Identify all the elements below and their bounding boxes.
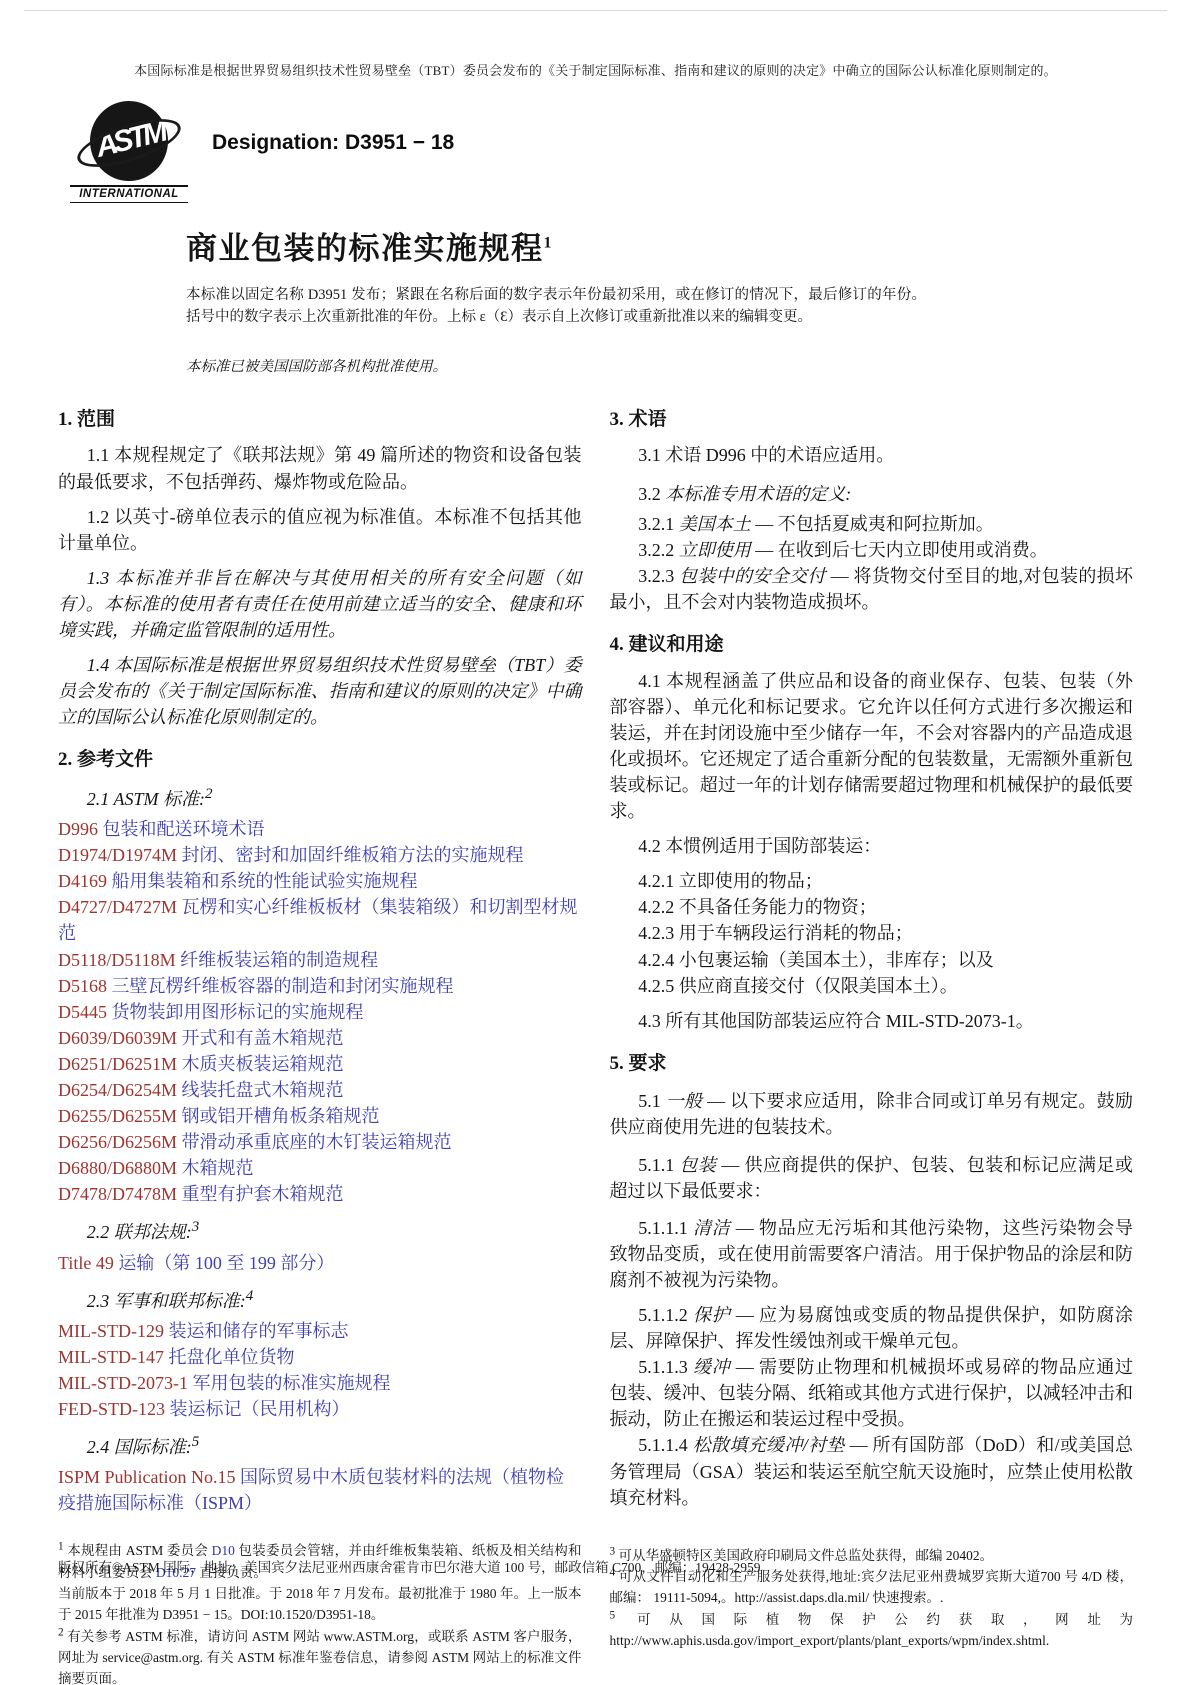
requirement-item: 5.1.1.1 清洁 — 物品应无污垢和其他污染物，这些污染物会导致物品变质，或… — [610, 1215, 1134, 1293]
reference-code-link[interactable]: ISPM Publication No.15 — [58, 1467, 236, 1487]
requirement-item: 5.1.1.4 松散填充缓冲/衬垫 — 所有国防部（DoD）和/或美国总务管理局… — [610, 1432, 1134, 1510]
reference-item: D4169 船用集装箱和系统的性能试验实施规程 — [58, 868, 582, 894]
intro-note: 本标准以固定名称 D3951 发布；紧跟在名称后面的数字表示年份最初采用，或在修… — [186, 284, 926, 329]
list-item: 4.2.2 不具备任务能力的物资； — [610, 894, 1134, 920]
reference-item: D5168 三壁瓦楞纤维板容器的制造和封闭实施规程 — [58, 973, 582, 999]
reference-title: 装运和储存的军事标志 — [169, 1321, 349, 1341]
para-1-2: 1.2 以英寸-磅单位表示的值应视为标准值。本标准不包括其他计量单位。 — [58, 504, 582, 556]
defined-term: 立即使用 — [679, 540, 751, 560]
list-item: 4.2.4 小包裹运输（美国本土），非库存；以及 — [610, 947, 1134, 973]
reference-item: D5118/D5118M 纤维板装运箱的制造规程 — [58, 947, 582, 973]
footnote-2-marker: 2 — [58, 1626, 64, 1638]
copyright-line: 版权所有©ASTM 国际，地址：美国宾夕法尼亚州西康舍霍肯市巴尔港大道 100 … — [58, 1556, 761, 1576]
reference-code-link[interactable]: MIL-STD-147 — [58, 1347, 164, 1367]
astm-globe-icon: ASTM — [81, 99, 177, 185]
reference-title: 装运标记（民用机构） — [170, 1399, 350, 1419]
requirement-term: 松散填充缓冲/衬垫 — [693, 1435, 845, 1455]
federal-reference-list: Title 49 运输（第 100 至 199 部分） — [58, 1250, 582, 1276]
reference-item: D6254/D6254M 线装托盘式木箱规范 — [58, 1077, 582, 1103]
reference-item: D5445 货物装卸用图形标记的实施规程 — [58, 999, 582, 1025]
title-footnote-marker: 1 — [544, 235, 554, 252]
reference-item: MIL-STD-147 托盘化单位货物 — [58, 1344, 582, 1370]
reference-title: 军用包装的标准实施规程 — [192, 1373, 390, 1393]
reference-code-link[interactable]: MIL-STD-2073-1 — [58, 1373, 188, 1393]
reference-item: MIL-STD-2073-1 军用包装的标准实施规程 — [58, 1370, 582, 1396]
list-item: 4.2.3 用于车辆段运行消耗的物品； — [610, 920, 1134, 946]
subsection-2-4-heading: 2.4 国际标准:5 — [58, 1434, 582, 1460]
reference-title: 钢或铝开槽角板条箱规范 — [182, 1106, 380, 1126]
subsection-2-1-text: 2.1 ASTM 标准: — [87, 789, 205, 809]
para-1-4: 1.4 本国际标准是根据世界贸易组织技术性贸易壁垒（TBT）委员会发布的《关于制… — [58, 652, 582, 730]
reference-item: D6251/D6251M 木质夹板装运箱规范 — [58, 1051, 582, 1077]
military-reference-list: MIL-STD-129 装运和储存的军事标志 MIL-STD-147 托盘化单位… — [58, 1318, 582, 1422]
subsection-2-3-text: 2.3 军事和联邦标准: — [87, 1291, 246, 1311]
requirement-item: 5.1.1.2 保护 — 应为易腐蚀或变质的物品提供保护，如防腐涂层、屏障保护、… — [610, 1302, 1134, 1354]
astm-logo: ASTM INTERNATIONAL — [70, 99, 188, 203]
list-item: 4.2.5 供应商直接交付（仅限美国本土）。 — [610, 973, 1134, 999]
reference-code-link[interactable]: D6254/D6254M — [58, 1080, 177, 1100]
requirement-term: 包装 — [679, 1155, 716, 1175]
subsection-2-2-text: 2.2 联邦法规: — [87, 1222, 192, 1242]
term-definition: 3.2.2 立即使用 — 在收到后七天内立即使用或消费。 — [610, 537, 1134, 563]
masthead: ASTM INTERNATIONAL Designation: D3951 − … — [70, 105, 1133, 213]
reference-item: D7478/D7478M 重型有护套木箱规范 — [58, 1181, 582, 1207]
reference-item: D4727/D4727M 瓦楞和实心纤维板板材（集装箱级）和切割型材规范 — [58, 894, 582, 946]
astm-reference-list: D996 包装和配送环境术语 D1974/D1974M 封闭、密封和加固纤维板箱… — [58, 816, 582, 1207]
subsection-2-2-heading: 2.2 联邦法规:3 — [58, 1219, 582, 1245]
reference-code-link[interactable]: D7478/D7478M — [58, 1184, 177, 1204]
requirement-item: 5.1.1 包装 — 供应商提供的保护、包装、包装和标记应满足或超过以下最低要求… — [610, 1152, 1134, 1204]
page-title-text: 商业包装的标准实施规程 — [186, 231, 544, 266]
para-1-1: 1.1 本规程规定了《联邦法规》第 49 篇所述的物资和设备包装的最低要求，不包… — [58, 442, 582, 494]
requirement-item: 5.1.1.3 缓冲 — 需要防止物理和机械损坏或易碎的物品应通过包装、缓冲、包… — [610, 1354, 1134, 1432]
section-5-heading: 5. 要求 — [610, 1050, 1134, 1078]
terms-list: 3.2.1 美国本土 — 不包括夏威夷和阿拉斯加。 3.2.2 立即使用 — 在… — [610, 511, 1134, 615]
terms-definition-label: 本标准专用术语的定义: — [665, 484, 851, 504]
requirements-list: 5.1 一般 — 以下要求应适用，除非合同或订单另有规定。鼓励供应商使用先进的包… — [610, 1088, 1134, 1510]
defined-term: 包装中的安全交付 — [679, 566, 826, 586]
reference-title: 木质夹板装运箱规范 — [182, 1054, 344, 1074]
reference-item: D6039/D6039M 开式和有盖木箱规范 — [58, 1025, 582, 1051]
section-3-heading: 3. 术语 — [610, 406, 1134, 434]
page-title: 商业包装的标准实施规程1 — [186, 223, 1133, 268]
reference-item: D1974/D1974M 封闭、密封和加固纤维板箱方法的实施规程 — [58, 842, 582, 868]
subsection-2-4-text: 2.4 国际标准: — [87, 1437, 192, 1457]
footnote-5: 5 可从国际植物保护公约获取，网址为 http://www.aphis.usda… — [610, 1609, 1134, 1652]
para-3-1: 3.1 术语 D996 中的术语应适用。 — [610, 442, 1134, 468]
footnote-2: 2 有关参考 ASTM 标准，请访问 ASTM 网站 www.ASTM.org，… — [58, 1626, 582, 1685]
reference-item: MIL-STD-129 装运和储存的军事标志 — [58, 1318, 582, 1344]
reference-item: D6880/D6880M 木箱规范 — [58, 1155, 582, 1181]
reference-title: 货物装卸用图形标记的实施规程 — [112, 1002, 364, 1022]
para-4-2: 4.2 本惯例适用于国防部装运： — [610, 833, 1134, 859]
term-definition: 3.2.3 包装中的安全交付 — 将货物交付至目的地,对包装的损坏最小，且不会对… — [610, 563, 1134, 615]
term-definition: 3.2.1 美国本土 — 不包括夏威夷和阿拉斯加。 — [610, 511, 1134, 537]
requirement-term: 一般 — [666, 1091, 703, 1111]
reference-code-link[interactable]: D4727/D4727M — [58, 897, 177, 917]
section-2-heading: 2. 参考文件 — [58, 746, 582, 774]
requirement-term: 缓冲 — [693, 1357, 730, 1377]
reference-item: Title 49 运输（第 100 至 199 部分） — [58, 1250, 582, 1276]
subsection-2-3-heading: 2.3 军事和联邦标准:4 — [58, 1288, 582, 1314]
document-page: 本国际标准是根据世界贸易组织技术性贸易壁垒（TBT）委员会发布的《关于制定国际标… — [0, 0, 1191, 1685]
reference-code-link[interactable]: D6880/D6880M — [58, 1158, 177, 1178]
reference-code-link[interactable]: D5118/D5118M — [58, 950, 176, 970]
reference-code-link[interactable]: D1974/D1974M — [58, 845, 177, 865]
reference-title: 运输（第 100 至 199 部分） — [118, 1253, 334, 1273]
title-block: 商业包装的标准实施规程1 本标准以固定名称 D3951 发布；紧跟在名称后面的数… — [186, 223, 1133, 376]
footnote-1-continued: 当前版本于 2018 年 5 月 1 日批准。于 2018 年 7 月发布。最初… — [58, 1583, 582, 1626]
para-4-3: 4.3 所有其他国防部装运应符合 MIL-STD-2073-1。 — [610, 1008, 1134, 1034]
scan-edge-line — [24, 10, 1167, 11]
section-4-heading: 4. 建议和用途 — [610, 631, 1134, 659]
reference-title: 船用集装箱和系统的性能试验实施规程 — [112, 871, 418, 891]
requirement-term: 清洁 — [693, 1218, 730, 1238]
footnote-marker-4: 4 — [246, 1288, 254, 1304]
approval-note: 本标准已被美国国防部各机构批准使用。 — [186, 355, 1133, 376]
reference-code-link[interactable]: D996 — [58, 819, 98, 839]
reference-code-link[interactable]: D6256/D6256M — [58, 1132, 177, 1152]
reference-title: 三壁瓦楞纤维板容器的制造和封闭实施规程 — [112, 976, 454, 996]
reference-code-link[interactable]: MIL-STD-129 — [58, 1321, 164, 1341]
reference-title: 重型有护套木箱规范 — [182, 1184, 344, 1204]
footnote-marker-5: 5 — [192, 1434, 200, 1450]
para-3-2: 3.2 本标准专用术语的定义: — [610, 481, 1134, 507]
right-column: 3. 术语 3.1 术语 D996 中的术语应适用。 3.2 本标准专用术语的定… — [610, 390, 1134, 1685]
reference-title: 木箱规范 — [182, 1158, 254, 1178]
list-item: 4.2.1 立即使用的物品； — [610, 868, 1134, 894]
footnote-marker-2: 2 — [205, 786, 213, 802]
top-note: 本国际标准是根据世界贸易组织技术性贸易壁垒（TBT）委员会发布的《关于制定国际标… — [66, 60, 1125, 79]
subsection-2-1-heading: 2.1 ASTM 标准:2 — [58, 786, 582, 812]
reference-item: D996 包装和配送环境术语 — [58, 816, 582, 842]
para-4-1: 4.1 本规程涵盖了供应品和设备的商业保存、包装、包装（外部容器）、单元化和标记… — [610, 668, 1134, 825]
two-column-body: 1. 范围 1.1 本规程规定了《联邦法规》第 49 篇所述的物资和设备包装的最… — [58, 390, 1133, 1685]
reference-title: 包装和配送环境术语 — [103, 819, 265, 839]
reference-title: 托盘化单位货物 — [169, 1347, 295, 1367]
footnote-1-marker: 1 — [58, 1541, 64, 1553]
reference-code-link[interactable]: D5168 — [58, 976, 107, 996]
requirement-item: 5.1 一般 — 以下要求应适用，除非合同或订单另有规定。鼓励供应商使用先进的包… — [610, 1088, 1134, 1140]
footnote-marker-3: 3 — [192, 1219, 200, 1235]
reference-item: D6255/D6255M 钢或铝开槽角板条箱规范 — [58, 1103, 582, 1129]
reference-title: 纤维板装运箱的制造规程 — [180, 950, 378, 970]
reference-code-link[interactable]: D6251/D6251M — [58, 1054, 177, 1074]
reference-item: D6256/D6256M 带滑动承重底座的木钉装运箱规范 — [58, 1129, 582, 1155]
footnote-5-marker: 5 — [610, 1609, 616, 1621]
reference-code-link[interactable]: FED-STD-123 — [58, 1399, 165, 1419]
reference-title: 线装托盘式木箱规范 — [182, 1080, 344, 1100]
reference-code-link[interactable]: Title 49 — [58, 1253, 114, 1273]
reference-code-link[interactable]: D4169 — [58, 871, 107, 891]
dod-shipment-list: 4.2.1 立即使用的物品； 4.2.2 不具备任务能力的物资； 4.2.3 用… — [610, 868, 1134, 998]
left-column: 1. 范围 1.1 本规程规定了《联邦法规》第 49 篇所述的物资和设备包装的最… — [58, 390, 582, 1685]
reference-title: 带滑动承重底座的木钉装运箱规范 — [182, 1132, 452, 1152]
international-reference-list: ISPM Publication No.15 国际贸易中木质包装材料的法规（植物… — [58, 1464, 582, 1516]
reference-title: 开式和有盖木箱规范 — [182, 1028, 344, 1048]
defined-term: 美国本土 — [679, 514, 751, 534]
reference-code-link[interactable]: D6039/D6039M — [58, 1028, 177, 1048]
reference-code-link[interactable]: D6255/D6255M — [58, 1106, 177, 1126]
reference-code-link[interactable]: D5445 — [58, 1002, 107, 1022]
designation: Designation: D3951 − 18 — [212, 131, 454, 155]
para-1-3: 1.3 本标准并非旨在解决与其使用相关的所有安全问题（如有）。本标准的使用者有责… — [58, 565, 582, 643]
astm-logo-subtitle: INTERNATIONAL — [70, 185, 188, 203]
reference-item: ISPM Publication No.15 国际贸易中木质包装材料的法规（植物… — [58, 1464, 582, 1516]
reference-item: FED-STD-123 装运标记（民用机构） — [58, 1396, 582, 1422]
reference-title: 封闭、密封和加固纤维板箱方法的实施规程 — [182, 845, 524, 865]
section-1-heading: 1. 范围 — [58, 406, 582, 434]
requirement-term: 保护 — [693, 1305, 730, 1325]
